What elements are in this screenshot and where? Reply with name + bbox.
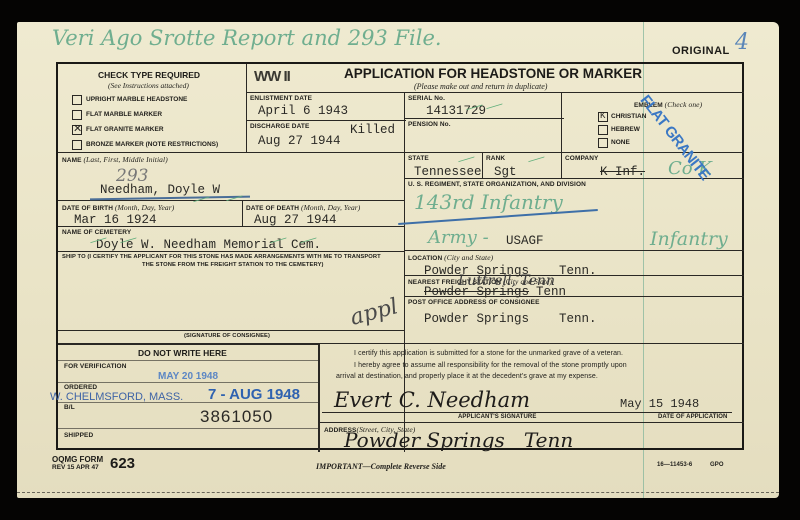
checkbox-flat-granite[interactable]: ✕ [72, 125, 82, 135]
company-value: K Inf. [600, 165, 645, 179]
birth-label-text: DATE OF BIRTH [62, 205, 113, 212]
consignee-signature-label: (SIGNATURE OF CONSIGNEE) [184, 333, 270, 339]
freight-handwritten: Luttrell, Tenn [458, 273, 555, 289]
divider [58, 343, 318, 345]
shipped-label: SHIPPED [64, 432, 93, 439]
divider [404, 118, 564, 119]
application-date-label: DATE OF APPLICATION [658, 414, 727, 420]
verification-stamp: MAY 20 1948 [158, 371, 218, 382]
checkbox-bronze[interactable] [72, 140, 82, 150]
checkbox-none[interactable] [598, 138, 608, 148]
option-flat-granite: FLAT GRANITE MARKER [86, 126, 164, 133]
perforation-line [17, 492, 779, 493]
name-hint: (Last, First, Middle Initial) [83, 155, 167, 164]
certification-line-2: I hereby agree to assume all responsibil… [354, 362, 627, 369]
option-flat-marble: FLAT MARBLE MARKER [86, 111, 162, 118]
divider [482, 152, 483, 178]
divider [561, 152, 744, 153]
divider [58, 200, 404, 201]
enlistment-label: ENLISTMENT DATE [250, 95, 312, 102]
check-type-title: CHECK TYPE REQUIRED [98, 70, 200, 80]
address-value: Powder Springs Tenn [344, 428, 573, 452]
emblem-hint: (Check one) [665, 100, 703, 109]
discharge-label: DISCHARGE DATE [250, 123, 309, 130]
certification-line-1: I certify this application is submitted … [354, 350, 623, 357]
ordered-stamp-date: 7 - AUG 1948 [208, 386, 300, 403]
discharge-note: Killed [350, 123, 395, 137]
divider [320, 343, 744, 344]
checkbox-christian[interactable]: K [598, 112, 608, 122]
state-value: Tennessee [414, 165, 482, 179]
death-label: DATE OF DEATH (Month, Day, Year) [246, 203, 360, 212]
form-body: CHECK TYPE REQUIRED (See Instructions at… [56, 62, 744, 450]
company-label: COMPANY [565, 155, 598, 162]
divider [58, 402, 318, 403]
war-label: WW II [254, 68, 290, 85]
checkmark-icon: K [600, 111, 605, 121]
header-annotation: Veri Ago Srotte Report and 293 File. [52, 26, 442, 50]
location-hint: (City and State) [444, 253, 493, 262]
option-bronze: BRONZE MARKER (NOTE RESTRICTIONS) [86, 141, 218, 148]
important-note: IMPORTANT—Complete Reverse Side [316, 462, 446, 471]
bl-label: B/L [64, 404, 75, 411]
name-label: NAME (Last, First, Middle Initial) [62, 155, 168, 164]
divider [561, 92, 562, 179]
ordered-label: ORDERED [64, 384, 97, 391]
checkbox-flat-marble[interactable] [72, 110, 82, 120]
name-label-text: NAME [62, 157, 82, 164]
form-subtitle: (Please make out and return in duplicate… [414, 82, 547, 91]
application-date: May 15 1948 [620, 397, 699, 411]
post-office-value: Powder Springs Tenn. [424, 312, 597, 326]
print-code: 16—11453-6 [657, 462, 692, 468]
death-value: Aug 27 1944 [254, 213, 337, 227]
divider [404, 250, 744, 251]
birth-label: DATE OF BIRTH (Month, Day, Year) [62, 203, 174, 212]
verification-label: FOR VERIFICATION [64, 363, 127, 370]
divider [242, 200, 243, 226]
regiment-side-note: Infantry [650, 228, 728, 250]
divider [58, 382, 318, 383]
form-line-2: REV 15 APR 47 [52, 464, 103, 472]
bl-value: 3861050 [200, 407, 273, 427]
certification-line-3: arrival at destination, and properly pla… [336, 373, 598, 380]
form-number: 623 [110, 455, 135, 472]
divider [58, 360, 318, 361]
birth-value: Mar 16 1924 [74, 213, 157, 227]
check-type-subtitle: (See Instructions attached) [108, 81, 189, 90]
state-label: STATE [408, 155, 429, 162]
option-none: NONE [611, 139, 630, 146]
office-use-title: DO NOT WRITE HERE [138, 348, 227, 358]
applicant-signature-label: APPLICANT'S SIGNATURE [458, 414, 536, 420]
divider [246, 120, 406, 121]
option-hebrew: HEBREW [611, 126, 640, 133]
applicant-signature[interactable]: Evert C. Needham [334, 388, 530, 412]
serial-label: SERIAL No. [408, 95, 445, 102]
original-label: ORIGINAL [672, 45, 730, 57]
form-id: OQMG FORM REV 15 APR 47 [52, 456, 103, 472]
checkbox-hebrew[interactable] [598, 125, 608, 135]
corner-mark: 4 [735, 30, 749, 55]
checkmark-icon: ✕ [73, 122, 82, 135]
signature-line [322, 412, 732, 413]
rank-label: RANK [486, 155, 505, 162]
enlistment-value: April 6 1943 [258, 104, 348, 118]
location-label: LOCATION (City and State) [408, 253, 493, 262]
form-line-1: OQMG FORM [52, 456, 103, 464]
regiment-handwritten-2: Army - [428, 227, 489, 248]
divider [246, 92, 744, 93]
divider [320, 422, 744, 423]
divider [58, 428, 318, 429]
form-title: APPLICATION FOR HEADSTONE OR MARKER [344, 66, 642, 81]
option-christian: CHRISTIAN [611, 113, 646, 120]
ship-to-signature-note: appl [348, 294, 401, 331]
location-label-text: LOCATION [408, 255, 442, 262]
pension-label: PENSION No. [408, 121, 451, 128]
death-hint: (Month, Day, Year) [301, 203, 360, 212]
divider [318, 343, 320, 452]
post-office-label: POST OFFICE ADDRESS OF CONSIGNEE [408, 299, 540, 306]
birth-hint: (Month, Day, Year) [115, 203, 174, 212]
option-upright-marble: UPRIGHT MARBLE HEADSTONE [86, 96, 187, 103]
divider [404, 92, 405, 152]
gpo-label: GPO [710, 462, 724, 468]
divider [246, 64, 247, 152]
regiment-handwritten: 143rd Infantry [414, 190, 563, 214]
rank-value: Sgt [494, 165, 517, 179]
checkbox-upright-marble[interactable] [72, 95, 82, 105]
divider [58, 330, 404, 331]
death-label-text: DATE OF DEATH [246, 205, 299, 212]
regiment-label: U. S. REGIMENT, STATE ORGANIZATION, AND … [408, 181, 586, 188]
regiment-typed: USAGF [506, 234, 544, 248]
discharge-value: Aug 27 1944 [258, 134, 341, 148]
ship-to-label: SHIP TO (I CERTIFY THE APPLICANT FOR THI… [62, 254, 381, 260]
ship-to-label-2: THE STONE FROM THE FREIGHT STATION TO TH… [142, 262, 324, 268]
